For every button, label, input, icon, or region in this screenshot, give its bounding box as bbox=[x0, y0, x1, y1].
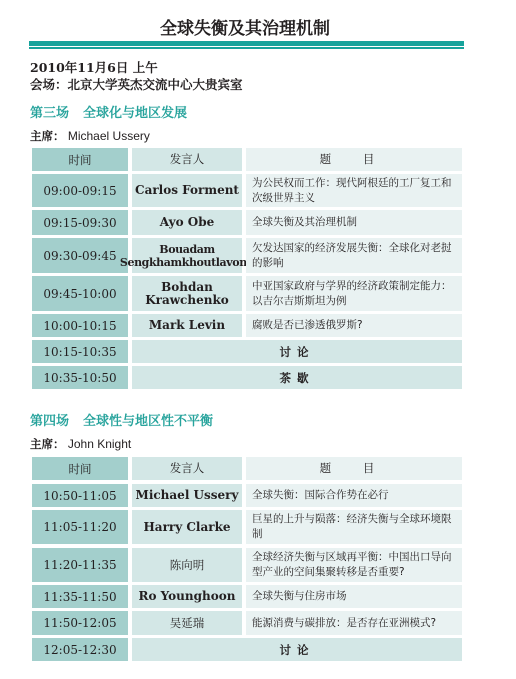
row-speaker: Harry Clarke bbox=[132, 510, 242, 544]
row-speaker: Michael Ussery bbox=[132, 484, 242, 507]
row-time: 09:45-10:00 bbox=[32, 276, 128, 311]
table-row: 11:20-11:35 陈向明 全球经济失衡与区域再平衡：中国出口导向型产业的空… bbox=[32, 548, 462, 582]
session-theme: 全球性与地区性不平衡 bbox=[83, 414, 213, 429]
row-speaker: Bouadam Sengkhamkhoutlavong bbox=[132, 238, 242, 273]
row-time: 10:50-11:05 bbox=[32, 484, 128, 507]
title-rule-thick bbox=[29, 41, 464, 46]
header-speaker: 发言人 bbox=[132, 148, 242, 171]
session-chair: 主席： Michael Ussery bbox=[30, 128, 150, 144]
session-theme: 全球化与地区发展 bbox=[83, 106, 187, 121]
row-discussion: 讨论 bbox=[132, 340, 462, 363]
row-time: 10:35-10:50 bbox=[32, 366, 128, 389]
chair-name: Michael Ussery bbox=[68, 129, 150, 143]
table-row: 10:50-11:05 Michael Ussery 全球失衡：国际合作势在必行 bbox=[32, 484, 462, 507]
row-topic: 全球失衡：国际合作势在必行 bbox=[246, 484, 462, 507]
header-speaker: 发言人 bbox=[132, 457, 242, 480]
row-time: 11:50-12:05 bbox=[32, 611, 128, 635]
table-row: 09:45-10:00 Bohdan Krawchenko 中亚国家政府与学界的… bbox=[32, 276, 462, 311]
header-time: 时间 bbox=[32, 457, 128, 480]
row-topic: 全球经济失衡与区域再平衡：中国出口导向型产业的空间集聚转移是否重要? bbox=[246, 548, 462, 582]
session-number: 第四场 bbox=[30, 414, 69, 429]
row-discussion: 讨论 bbox=[132, 638, 462, 661]
chair-label: 主席： bbox=[30, 437, 65, 451]
session-heading-3: 第三场全球化与地区发展 bbox=[30, 102, 187, 121]
chair-label: 主席： bbox=[30, 129, 65, 143]
table-header-row: 时间 发言人 题 目 bbox=[32, 148, 462, 171]
chair-name: John Knight bbox=[68, 437, 131, 451]
table-row-discussion: 10:15-10:35 讨论 bbox=[32, 340, 462, 363]
row-topic: 能源消费与碳排放：是否存在亚洲模式? bbox=[246, 611, 462, 635]
header-time: 时间 bbox=[32, 148, 128, 171]
row-speaker: Carlos Forment bbox=[132, 174, 242, 207]
table-row: 11:05-11:20 Harry Clarke 巨星的上升与陨落：经济失衡与全… bbox=[32, 510, 462, 544]
row-topic: 欠发达国家的经济发展失衡：全球化对老挝的影响 bbox=[246, 238, 462, 273]
table-row: 11:35-11:50 Ro Younghoon 全球失衡与住房市场 bbox=[32, 585, 462, 608]
row-time: 10:00-10:15 bbox=[32, 314, 128, 337]
row-time: 10:15-10:35 bbox=[32, 340, 128, 363]
header-topic: 题 目 bbox=[246, 457, 462, 480]
session-chair: 主席： John Knight bbox=[30, 436, 131, 452]
row-speaker: 陈向明 bbox=[132, 548, 242, 582]
event-date: 2010年11月6日 上午 bbox=[30, 59, 158, 76]
row-topic: 全球失衡与住房市场 bbox=[246, 585, 462, 608]
row-tea-break: 茶歇 bbox=[132, 366, 462, 389]
table-row: 09:15-09:30 Ayo Obe 全球失衡及其治理机制 bbox=[32, 210, 462, 235]
header-topic: 题 目 bbox=[246, 148, 462, 171]
row-time: 11:35-11:50 bbox=[32, 585, 128, 608]
table-row: 11:50-12:05 吴延瑞 能源消费与碳排放：是否存在亚洲模式? bbox=[32, 611, 462, 635]
table-row-discussion: 12:05-12:30 讨论 bbox=[32, 638, 462, 661]
row-time: 09:30-09:45 bbox=[32, 238, 128, 273]
row-time: 09:00-09:15 bbox=[32, 174, 128, 207]
table-row: 09:00-09:15 Carlos Forment 为公民权而工作：现代阿根廷… bbox=[32, 174, 462, 207]
session-heading-4: 第四场全球性与地区性不平衡 bbox=[30, 410, 213, 429]
row-topic: 腐败是否已渗透俄罗斯? bbox=[246, 314, 462, 337]
row-speaker: Mark Levin bbox=[132, 314, 242, 337]
table-header-row: 时间 发言人 题 目 bbox=[32, 457, 462, 480]
title-rule-thin bbox=[29, 47, 464, 49]
row-speaker: Ro Younghoon bbox=[132, 585, 242, 608]
row-time: 09:15-09:30 bbox=[32, 210, 128, 235]
table-row: 09:30-09:45 Bouadam Sengkhamkhoutlavong … bbox=[32, 238, 462, 273]
row-speaker: Ayo Obe bbox=[132, 210, 242, 235]
row-topic: 中亚国家政府与学界的经济政策制定能力：以吉尔吉斯斯坦为例 bbox=[246, 276, 462, 311]
table-row-tea-break: 10:35-10:50 茶歇 bbox=[32, 366, 462, 389]
session-number: 第三场 bbox=[30, 106, 69, 121]
row-topic: 全球失衡及其治理机制 bbox=[246, 210, 462, 235]
event-venue: 会场：北京大学英杰交流中心大贵宾室 bbox=[30, 76, 243, 93]
row-speaker: Bohdan Krawchenko bbox=[132, 276, 242, 311]
row-speaker: 吴延瑞 bbox=[132, 611, 242, 635]
row-topic: 为公民权而工作：现代阿根廷的工厂复工和次级世界主义 bbox=[246, 174, 462, 207]
row-time: 11:20-11:35 bbox=[32, 548, 128, 582]
row-time: 11:05-11:20 bbox=[32, 510, 128, 544]
page-title: 全球失衡及其治理机制 bbox=[0, 14, 490, 39]
row-time: 12:05-12:30 bbox=[32, 638, 128, 661]
row-topic: 巨星的上升与陨落：经济失衡与全球环境限制 bbox=[246, 510, 462, 544]
table-row: 10:00-10:15 Mark Levin 腐败是否已渗透俄罗斯? bbox=[32, 314, 462, 337]
